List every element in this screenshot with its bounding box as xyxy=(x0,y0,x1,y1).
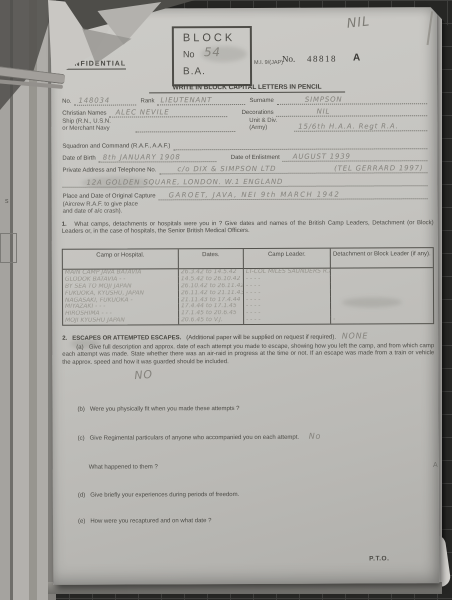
stamp-line1: BLOCK xyxy=(183,32,235,44)
nil-note-handwritten: NIL xyxy=(346,14,371,31)
table-cell-detachment: - xyxy=(331,316,433,323)
unit-value: 15/6th H.A.A. Regt R.A. xyxy=(298,122,398,130)
question2a-text: (a) Give full description and approx. da… xyxy=(62,343,434,367)
ship-label: Ship (R.N., U.S.N. or Merchant Navy xyxy=(62,118,132,132)
form-code: M.I. 9/(JAP) xyxy=(254,60,283,66)
capture-label-line3: and date of a/c crash). xyxy=(63,209,123,216)
enlistment-value: AUGUST 1939 xyxy=(293,153,351,161)
address-tel-value: (TEL GERRARD 1997) xyxy=(334,164,423,172)
rank-value: LIEUTENANT xyxy=(160,96,212,104)
question2c-body: Give Regimental particulars of anyone wh… xyxy=(90,435,299,442)
question1-body: What camps, detachments or hospitals wer… xyxy=(62,220,434,235)
unit-label-line2: (Army) xyxy=(249,125,267,131)
table-header-camp: Camp or Hospital. xyxy=(63,249,179,270)
stamp-block-number-handwritten: 54 xyxy=(204,45,221,59)
table-cell-camp: MOJI KYUSHU JAPAN xyxy=(63,318,179,325)
table-header-leader: Camp Leader. xyxy=(244,249,331,269)
decorations-value: NIL xyxy=(317,108,331,116)
what-happened-text: What happened to them ? xyxy=(89,464,158,471)
table-header-dates: Dates. xyxy=(179,249,244,269)
question2d-body: Give briefly your experiences during per… xyxy=(90,492,239,499)
camps-table: Camp or Hospital. Dates. Camp Leader. De… xyxy=(62,247,434,326)
question2b-text: (b) Were you physically fit when you mad… xyxy=(77,406,239,414)
question2b-body: Were you physically fit when you made th… xyxy=(90,406,240,413)
capture-label-line2: (Aircrew R.A.F. to give place xyxy=(63,201,138,208)
pto-label: P.T.O. xyxy=(369,555,389,562)
question2-answer-handwritten: NONE xyxy=(342,331,369,340)
unit-label-line1: Unit & Div. xyxy=(249,118,277,124)
question2c-number: (c) xyxy=(78,436,85,442)
table-cell-dates: 20.6.45 to V.J. xyxy=(179,317,244,324)
surname-value: SIMPSON xyxy=(305,96,343,104)
question2b-number: (b) xyxy=(77,407,84,413)
capture-label: Place and Date of Original Capture xyxy=(63,193,156,200)
unit-label: Unit & Div. (Army) xyxy=(249,118,291,132)
ship-field xyxy=(135,121,235,132)
question2a-answer-handwritten: NO xyxy=(134,368,153,382)
underlying-page-letter-right: A xyxy=(433,462,438,469)
no-value: 148034 xyxy=(78,97,110,105)
ship-label-line1: Ship (R.N., U.S.N. xyxy=(62,119,111,125)
question2e-text: (e) How were you recaptured and on what … xyxy=(78,518,211,526)
question1-number: 1. xyxy=(62,222,67,228)
question2d-number: (d) xyxy=(78,493,85,499)
question2-heading: 2. ESCAPES OR ATTEMPTED ESCAPES. (Additi… xyxy=(62,331,434,342)
question1-text: 1. What camps, detachments or hospitals … xyxy=(62,220,434,236)
block-stamp: BLOCK No 54 B.A. xyxy=(172,26,252,86)
reference-no-label: No. xyxy=(282,54,295,64)
underlying-page-letter: s xyxy=(5,198,9,205)
question2e-body: How were you recaptured and on what date… xyxy=(90,518,211,525)
question2c-answer-handwritten: No xyxy=(309,432,322,441)
reference-number: 48818 xyxy=(307,54,337,64)
question2-title: ESCAPES OR ATTEMPTED ESCAPES. xyxy=(72,335,181,341)
reference-series: A xyxy=(353,52,360,63)
stamp-line2: B.A. xyxy=(183,66,206,77)
question2c-text: (c) Give Regimental particulars of anyon… xyxy=(78,433,322,443)
question2-number: 2. xyxy=(62,336,67,342)
question2d-text: (d) Give briefly your experiences during… xyxy=(78,492,239,500)
table-header-detachment: Detachment or Block Leader (if any). xyxy=(331,248,433,268)
stamp-no-label: No xyxy=(183,49,195,59)
ship-label-line2: or Merchant Navy xyxy=(62,126,109,132)
questionnaire-page: CONFIDENTIAL BLOCK No 54 B.A. NIL M.I. 9… xyxy=(51,7,440,585)
field-row-ship-unit: Ship (R.N., U.S.N. or Merchant Navy Unit… xyxy=(62,115,427,133)
question2e-number: (e) xyxy=(78,519,85,525)
capture-field: GAROET, JAVA, NEI 9th MARCH 1942 xyxy=(159,188,428,200)
question2a-number: (a) xyxy=(76,345,83,351)
christian-names-value: ALEC NEVILE xyxy=(116,108,170,116)
question2-note: (Additional paper will be supplied on re… xyxy=(186,335,336,342)
underlying-page-box-outline xyxy=(0,233,17,263)
capture-value: GAROET, JAVA, NEI 9th MARCH 1942 xyxy=(169,191,341,200)
address-value: c/o DIX & SIMPSON LTD xyxy=(177,165,276,173)
table-cell-leader: - - - - xyxy=(244,317,331,324)
pencil-stroke xyxy=(427,11,434,45)
photo-of-pow-questionnaire: s CONFIDENTIAL BLOCK No 54 B.A. NIL M.I.… xyxy=(0,0,452,600)
address-line2-value: 12A GOLDEN SQUARE, LONDON. W.1 ENGLAND xyxy=(86,178,283,187)
unit-field: 15/6th H.A.A. Regt R.A. xyxy=(294,120,427,132)
question2a-body: Give full description and approx. date o… xyxy=(62,343,434,365)
field-row-capture: Place and Date of Original Capture GAROE… xyxy=(63,186,428,201)
